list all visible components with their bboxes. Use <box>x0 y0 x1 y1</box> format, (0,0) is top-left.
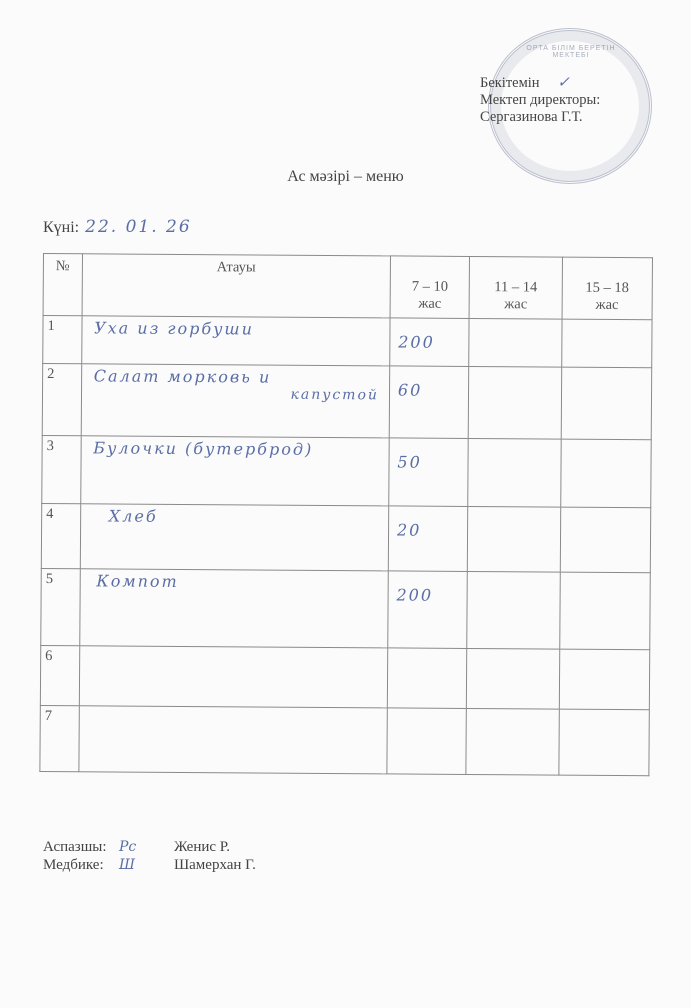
table-row: 4 Хлеб 20 <box>41 503 650 572</box>
page-title: Ас мәзірі – меню <box>0 168 691 186</box>
nurse-name: Шамерхан Г. <box>174 856 256 874</box>
nurse-signature: Ш <box>119 856 174 874</box>
dish-name <box>79 646 388 708</box>
qty-7-10: 200 <box>390 318 470 367</box>
dish-name: Булочки (бутерброд) <box>80 436 389 506</box>
cook-signature-row: Аспазшы: Рс Женис Р. <box>43 838 256 856</box>
qty-7-10: 60 <box>389 366 469 439</box>
table-row: 1 Уха из горбуши 200 <box>43 316 652 368</box>
menu-document: ОРТА БІЛІМ БЕРЕТІН МЕКТЕБІ Бекітемін ✓ М… <box>0 0 691 1008</box>
qty-15-18 <box>560 507 651 573</box>
qty-7-10: 50 <box>389 438 469 507</box>
signatures-block: Аспазшы: Рс Женис Р. Медбике: Ш Шамерхан… <box>43 838 256 874</box>
nurse-label: Медбике: <box>43 856 119 874</box>
qty-11-14 <box>468 506 561 572</box>
row-number: 2 <box>42 364 81 436</box>
row-number: 1 <box>43 316 82 364</box>
date-row: Күні:22. 01. 26 <box>43 217 192 237</box>
header-no: № <box>43 254 82 316</box>
qty-11-14 <box>467 648 560 709</box>
table-row: 7 <box>40 705 649 775</box>
qty-11-14 <box>466 708 559 775</box>
qty-15-18 <box>559 649 650 710</box>
table-row: 5 Компот 200 <box>41 568 651 649</box>
qty-11-14 <box>467 571 560 649</box>
date-label: Күні: <box>43 219 79 236</box>
header-age-15-18: 15 – 18жас <box>562 257 653 320</box>
qty-11-14 <box>469 366 562 439</box>
approval-block: Бекітемін ✓ Мектеп директоры: Сергазинов… <box>480 74 600 126</box>
qty-15-18 <box>560 439 651 508</box>
table-row: 2 Салат морковь икапустой 60 <box>42 364 651 440</box>
header-age-11-14: 11 – 14жас <box>469 256 562 319</box>
dish-name: Компот <box>79 569 388 648</box>
qty-15-18 <box>559 572 650 650</box>
qty-15-18 <box>559 709 650 776</box>
qty-7-10: 20 <box>388 506 468 572</box>
row-number: 7 <box>40 705 79 771</box>
qty-15-18 <box>561 319 652 368</box>
cook-signature: Рс <box>119 838 174 856</box>
cook-label: Аспазшы: <box>43 838 119 856</box>
qty-7-10 <box>387 648 467 709</box>
director-signature: ✓ <box>557 74 570 91</box>
qty-7-10: 200 <box>388 571 468 649</box>
menu-table: № Атауы 7 – 10жас 11 – 14жас 15 – 18жас … <box>39 253 653 776</box>
qty-7-10 <box>387 708 467 775</box>
qty-15-18 <box>561 367 652 440</box>
qty-11-14 <box>469 318 562 367</box>
header-name: Атауы <box>82 254 391 318</box>
table-row: 6 <box>40 645 649 709</box>
row-number: 6 <box>40 645 79 705</box>
director-name: Сергазинова Г.Т. <box>480 109 600 126</box>
header-age-7-10: 7 – 10жас <box>390 256 470 319</box>
cook-name: Женис Р. <box>174 838 230 856</box>
qty-11-14 <box>468 438 561 507</box>
dish-name: Уха из горбуши <box>81 316 390 366</box>
row-number: 3 <box>42 435 81 503</box>
row-number: 5 <box>41 568 80 645</box>
dish-name: Салат морковь икапустой <box>81 364 390 438</box>
nurse-signature-row: Медбике: Ш Шамерхан Г. <box>43 856 256 874</box>
table-row: 3 Булочки (бутерброд) 50 <box>42 435 651 507</box>
row-number: 4 <box>41 503 80 568</box>
approval-label: Бекітемін <box>480 75 540 91</box>
director-title: Мектеп директоры: <box>480 92 600 109</box>
table-header-row: № Атауы 7 – 10жас 11 – 14жас 15 – 18жас <box>43 254 652 320</box>
dish-name <box>79 706 388 774</box>
date-value: 22. 01. 26 <box>85 217 192 237</box>
stamp-text: ОРТА БІЛІМ БЕРЕТІН МЕКТЕБІ <box>513 45 629 59</box>
dish-name: Хлеб <box>80 504 389 571</box>
